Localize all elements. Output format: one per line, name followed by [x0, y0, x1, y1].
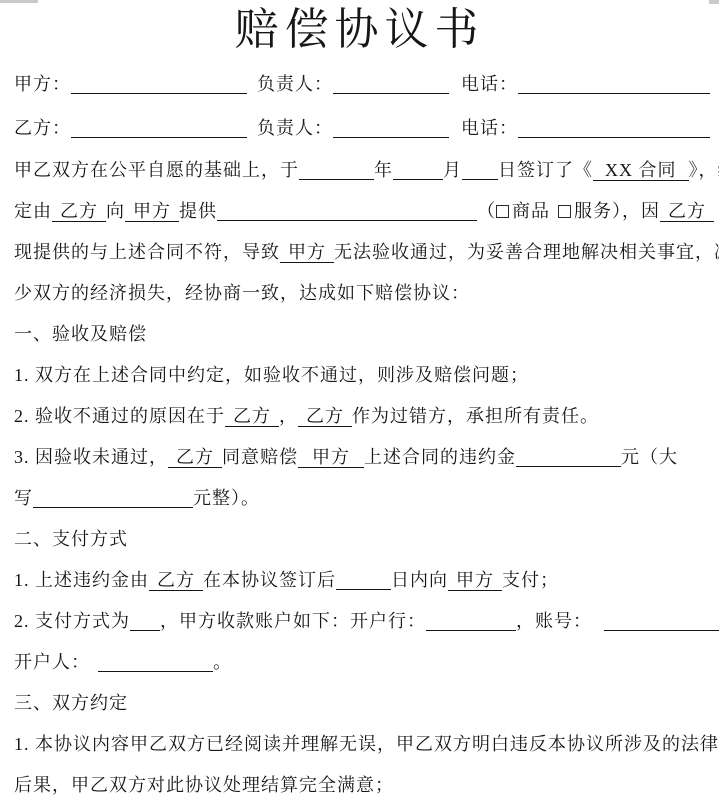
bank-name-blank[interactable]	[426, 611, 516, 631]
party-a-phone-blank[interactable]	[518, 74, 710, 94]
section-2-item-2-line-2: 开户人：。	[14, 642, 709, 683]
payment-method-blank[interactable]	[130, 611, 160, 631]
text-segment: 3. 因验收未通过，	[14, 447, 168, 467]
party-b-label: 乙方：	[14, 118, 71, 138]
text-segment: 同意赔偿	[222, 447, 298, 467]
checkbox-service-icon[interactable]	[558, 205, 571, 218]
text-segment: 1. 上述违约金由	[14, 570, 149, 590]
document-title: 赔偿协议书	[0, 0, 719, 58]
section-2-item-1: 1. 上述违约金由乙方在本协议签订后日内向甲方支付；	[14, 560, 709, 601]
text-segment: 无法验收通过，为妥善合理地解决相关事宜，减	[334, 242, 719, 262]
party-a-name-blank[interactable]	[71, 74, 247, 94]
text-segment: 在本协议签订后	[203, 570, 336, 590]
window-edge-artifact-right	[709, 0, 719, 4]
payee-party-field: 甲方	[448, 570, 502, 591]
text-segment: 年	[374, 160, 393, 180]
section-1-item-3-line-2: 写元整）。	[14, 478, 709, 519]
text-segment: ，账号：	[516, 611, 592, 631]
section-3-item-1-line-1: 1. 本协议内容甲乙双方已经阅读并理解无误，甲乙双方明白违反本协议所涉及的法律	[14, 724, 709, 765]
text-segment: 一、验收及赔偿	[14, 324, 147, 344]
party-row-b: 乙方：负责人：电话：	[14, 106, 709, 150]
text-segment: 》，约	[689, 160, 719, 180]
party-b-manager-blank[interactable]	[333, 118, 449, 138]
account-holder-blank[interactable]	[98, 652, 213, 672]
fault-cause-party-field: 乙方	[225, 406, 279, 427]
text-segment: 甲乙双方在公平自愿的基础上，于	[14, 160, 299, 180]
text-segment: 开户人：	[14, 652, 90, 672]
intro-line-4: 少双方的经济损失，经协商一致，达成如下赔偿协议：	[14, 273, 709, 314]
spacer	[449, 133, 461, 134]
text-segment: 三、双方约定	[14, 693, 128, 713]
sign-month-blank[interactable]	[393, 160, 443, 180]
spacer	[449, 89, 461, 90]
party-a-label: 甲方：	[14, 74, 71, 94]
text-segment: 1. 本协议内容甲乙双方已经阅读并理解无误，甲乙双方明白违反本协议所涉及的法律	[14, 734, 719, 754]
penalty-amount-blank[interactable]	[516, 447, 621, 467]
checkbox-goods-icon[interactable]	[496, 205, 509, 218]
section-2-item-2-line-1: 2. 支付方式为，甲方收款账户如下：开户行：，账号：；	[14, 601, 709, 642]
text-segment: 元整）。	[193, 488, 260, 508]
party-a-manager-label: 负责人：	[257, 74, 333, 94]
text-segment: 日签订了《	[498, 160, 593, 180]
checkbox-goods-label: 商品	[512, 201, 550, 221]
contract-name-field: XX 合同	[593, 160, 689, 181]
penalty-amount-capital-blank[interactable]	[33, 488, 193, 508]
text-segment: 二、支付方式	[14, 529, 128, 549]
fault-party-field: 乙方	[660, 201, 714, 222]
text-segment: 2. 支付方式为	[14, 611, 130, 631]
text-segment: 提供	[179, 201, 217, 221]
provider-party-field: 乙方	[52, 201, 106, 222]
party-b-phone-blank[interactable]	[518, 118, 710, 138]
text-segment: 2. 验收不通过的原因在于	[14, 406, 225, 426]
sign-year-blank[interactable]	[299, 160, 374, 180]
party-row-a: 甲方：负责人：电话：	[14, 62, 709, 106]
text-segment: 1. 双方在上述合同中约定，如验收不通过，则涉及赔偿问题；	[14, 365, 529, 385]
text-segment: 日内向	[391, 570, 448, 590]
text-segment: ，	[279, 406, 298, 426]
text-segment: 写	[14, 488, 33, 508]
text-segment: ，甲方收款账户如下：开户行：	[160, 611, 426, 631]
section-2-heading: 二、支付方式	[14, 519, 709, 560]
provided-items-blank[interactable]	[217, 201, 477, 221]
text-segment: 定由	[14, 201, 52, 221]
text-segment: 。	[213, 652, 232, 672]
document-page: 赔偿协议书 甲方：负责人：电话：乙方：负责人：电话：甲乙双方在公平自愿的基础上，…	[0, 0, 719, 805]
text-segment: 现提供的与上述合同不符，导致	[14, 242, 280, 262]
compensated-party-field: 甲方	[298, 447, 364, 468]
section-3-item-1-line-2: 后果，甲乙双方对此协议处理结算完全满意；	[14, 765, 709, 805]
compensating-party-field: 乙方	[168, 447, 222, 468]
text-segment: 元（大	[621, 447, 678, 467]
document-body: 甲方：负责人：电话：乙方：负责人：电话：甲乙双方在公平自愿的基础上，于年月日签订…	[0, 58, 719, 805]
account-number-blank[interactable]	[604, 611, 719, 631]
text-segment: ），因	[612, 201, 660, 221]
text-segment: 作为过错方，承担所有责任。	[352, 406, 599, 426]
spacer	[90, 667, 98, 668]
party-b-phone-label: 电话：	[461, 118, 518, 138]
payment-days-blank[interactable]	[336, 570, 391, 590]
intro-line-3: 现提供的与上述合同不符，导致甲方无法验收通过，为妥善合理地解决相关事宜，减	[14, 232, 709, 273]
text-segment: 少双方的经济损失，经协商一致，达成如下赔偿协议：	[14, 283, 470, 303]
party-a-phone-label: 电话：	[461, 74, 518, 94]
text-segment: 支付；	[502, 570, 559, 590]
text-segment: 月	[443, 160, 462, 180]
section-3-heading: 三、双方约定	[14, 683, 709, 724]
text-segment: 向	[106, 201, 125, 221]
section-1-item-1: 1. 双方在上述合同中约定，如验收不通过，则涉及赔偿问题；	[14, 355, 709, 396]
party-b-name-blank[interactable]	[71, 118, 247, 138]
section-1-item-2: 2. 验收不通过的原因在于乙方，乙方作为过错方，承担所有责任。	[14, 396, 709, 437]
spacer	[247, 89, 257, 90]
party-a-manager-blank[interactable]	[333, 74, 449, 94]
sign-day-blank[interactable]	[462, 160, 498, 180]
window-edge-artifact-left	[0, 0, 38, 3]
spacer	[247, 133, 257, 134]
text-segment: （	[477, 201, 496, 221]
checkbox-service-label: 服务	[574, 201, 612, 221]
text-segment: 后果，甲乙双方对此协议处理结算完全满意；	[14, 775, 394, 795]
text-segment: 上述合同的违约金	[364, 447, 516, 467]
party-b-manager-label: 负责人：	[257, 118, 333, 138]
intro-line-1: 甲乙双方在公平自愿的基础上，于年月日签订了《XX 合同》，约	[14, 150, 709, 191]
section-1-heading: 一、验收及赔偿	[14, 314, 709, 355]
section-1-item-3-line-1: 3. 因验收未通过，乙方同意赔偿甲方上述合同的违约金元（大	[14, 437, 709, 478]
affected-party-field: 甲方	[280, 242, 334, 263]
intro-line-2: 定由乙方向甲方提供（商品服务），因乙方	[14, 191, 709, 232]
liable-party-field: 乙方	[298, 406, 352, 427]
recipient-party-field: 甲方	[125, 201, 179, 222]
spacer	[550, 216, 558, 217]
spacer	[592, 626, 604, 627]
payer-party-field: 乙方	[149, 570, 203, 591]
